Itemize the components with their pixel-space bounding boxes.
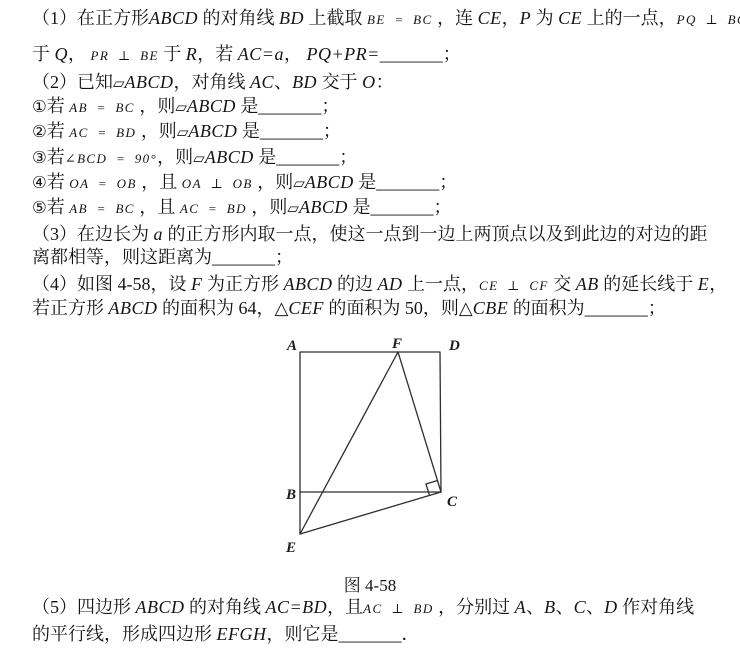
segment-ef — [300, 352, 398, 534]
text-segment: ▱ — [177, 123, 189, 141]
text-segment: 若 — [47, 96, 70, 116]
text-segment: D — [604, 597, 618, 617]
text-segment: 是 — [348, 197, 371, 217]
text-segment: AC = BD — [69, 125, 136, 140]
text-segment: BE = BC — [367, 12, 433, 27]
text-segment: （5）四边形 — [32, 597, 136, 617]
text-segment: PQ ⊥ BC — [677, 12, 740, 27]
text-segment: 的面积为 50，则△ — [324, 298, 473, 318]
text-segment: ▱ — [113, 74, 125, 92]
text-segment: ④ — [32, 173, 47, 192]
problem-line: （5）四边形 ABCD 的对角线 AC=BD，且AC ⊥ BD ，分别过 A、B… — [32, 597, 694, 619]
text-segment: ，连 — [433, 8, 478, 28]
text-segment: ： — [376, 72, 394, 92]
text-segment: ▱ — [293, 174, 305, 192]
text-segment: a — [154, 224, 164, 244]
text-segment: ABCD — [149, 8, 198, 28]
text-segment: ，且 — [137, 172, 182, 192]
text-segment: ， — [284, 44, 307, 64]
text-segment: 离都相等，则这距离为 — [32, 247, 212, 267]
text-segment: ▱ — [175, 98, 187, 116]
text-segment: 若 — [47, 147, 65, 167]
problem-line: 于 Q， PR ⊥ BE 于 R，若 AC=a， PQ+PR=_______； — [32, 44, 461, 66]
vertex-label-c: C — [447, 494, 458, 510]
text-segment: ，若 — [197, 44, 238, 64]
text-segment: ； — [443, 44, 461, 64]
text-segment: P — [520, 8, 532, 28]
text-segment: 的面积为 64，△ — [158, 298, 289, 318]
text-segment: CBE — [473, 298, 509, 318]
segment-fc — [398, 352, 441, 492]
text-segment: ▱ — [193, 149, 205, 167]
vertex-label-f: F — [391, 336, 402, 352]
answer-blank: _______ — [376, 172, 439, 192]
text-segment: ∠BCD = 90° — [65, 151, 157, 166]
text-segment: AB = BC — [69, 100, 135, 115]
text-segment: F — [191, 274, 203, 294]
text-segment: CEF — [288, 298, 324, 318]
right-angle-mark — [426, 481, 438, 496]
text-segment: ③ — [32, 148, 47, 167]
text-segment: ， — [709, 274, 727, 294]
text-segment: ，则 — [253, 172, 294, 192]
text-segment: ▱ — [287, 199, 299, 217]
text-segment: CE — [558, 8, 582, 28]
text-segment: PQ+PR= — [306, 44, 379, 64]
text-segment: ． — [402, 624, 420, 644]
text-segment: 的平行线，形成四边形 — [32, 624, 217, 644]
text-segment: CE — [478, 8, 502, 28]
text-segment: E — [698, 274, 710, 294]
text-segment: 是 — [237, 121, 260, 141]
text-segment: 的正方形内取一点，使这一点到一边上两顶点以及到此边的对边的距 — [163, 224, 708, 244]
answer-blank: _______ — [585, 298, 648, 318]
text-segment: （3）在边长为 — [32, 224, 154, 244]
text-segment: ⑤ — [32, 198, 47, 217]
document-page: （1）在正方形ABCD 的对角线 BD 上截取 BE = BC ，连 CE，P … — [0, 0, 740, 649]
text-segment: ； — [648, 298, 666, 318]
problem-line: 的平行线，形成四边形 EFGH，则它是_______． — [32, 624, 420, 645]
text-segment: 是 — [254, 147, 277, 167]
problem-line: （2）已知▱ABCD，对角线 AC、BD 交于 O： — [32, 72, 394, 94]
text-segment: ① — [32, 97, 47, 116]
figure-caption: 图 4-58 — [0, 571, 740, 596]
text-segment: ，则 — [135, 96, 176, 116]
text-segment: 于 — [32, 44, 55, 64]
text-segment: OA = OB — [69, 176, 137, 191]
text-segment: ； — [433, 197, 451, 217]
problem-line: ①若 AB = BC ，则▱ABCD 是_______； — [32, 96, 339, 118]
text-segment: ABCD — [205, 147, 254, 167]
problem-line: ④若 OA = OB ，且 OA ⊥ OB ，则▱ABCD 是_______； — [32, 172, 457, 194]
text-segment: ，且 — [135, 197, 180, 217]
problem-line: （3）在边长为 a 的正方形内取一点，使这一点到一边上两顶点以及到此边的对边的距 — [32, 224, 708, 245]
text-segment: BD — [292, 72, 317, 92]
text-segment: AC — [250, 72, 274, 92]
vertex-label-b: B — [285, 487, 296, 503]
text-segment: ， — [68, 44, 91, 64]
text-segment: AC=BD — [266, 597, 328, 617]
text-segment: （4）如图 4-58，设 — [32, 274, 191, 294]
text-segment: 若 — [47, 121, 70, 141]
text-segment: 交 — [549, 274, 576, 294]
text-segment: 的延长线于 — [599, 274, 698, 294]
text-segment: AB — [576, 274, 599, 294]
text-segment: ，且 — [327, 597, 363, 617]
text-segment: 为正方形 — [203, 274, 284, 294]
text-segment: OA ⊥ OB — [182, 176, 253, 191]
problem-line: （4）如图 4-58，设 F 为正方形 ABCD 的边 AD 上一点，CE ⊥ … — [32, 274, 727, 296]
text-segment: 于 — [159, 44, 186, 64]
text-segment: Q — [55, 44, 69, 64]
text-segment: （2）已知 — [32, 72, 113, 92]
text-segment: 是 — [354, 172, 377, 192]
text-segment: 、 — [586, 597, 604, 617]
text-segment: ABCD — [299, 197, 348, 217]
text-segment: ，对角线 — [174, 72, 251, 92]
text-segment: ABCD — [187, 96, 236, 116]
problem-line: 若正方形 ABCD 的面积为 64，△CEF 的面积为 50，则△CBE 的面积… — [32, 298, 666, 319]
answer-blank: _______ — [380, 44, 443, 64]
text-segment: 若正方形 — [32, 298, 109, 318]
text-segment: 、 — [556, 597, 574, 617]
text-segment: ，则 — [247, 197, 288, 217]
text-segment: AD — [378, 274, 403, 294]
text-segment: ； — [275, 247, 293, 267]
text-segment: BD — [279, 8, 304, 28]
text-segment: 、 — [274, 72, 292, 92]
text-segment: PR ⊥ BE — [91, 48, 159, 63]
text-segment: 为 — [531, 8, 558, 28]
text-segment: （1）在正方形 — [32, 8, 149, 28]
text-segment: A — [515, 597, 527, 617]
text-segment: AC = BD — [180, 201, 247, 216]
text-segment: 上截取 — [304, 8, 367, 28]
text-segment: ② — [32, 122, 47, 141]
text-segment: CE ⊥ CF — [479, 278, 549, 293]
text-segment: 上的一点， — [582, 8, 677, 28]
text-segment: C — [574, 597, 587, 617]
answer-blank: _______ — [276, 147, 339, 167]
text-segment: 是 — [236, 96, 259, 116]
text-segment: AC ⊥ BD — [363, 601, 433, 616]
text-segment: 的边 — [333, 274, 378, 294]
text-segment: ，则 — [136, 121, 177, 141]
text-segment: ABCD — [125, 72, 174, 92]
text-segment: 交于 — [317, 72, 362, 92]
square-abcd — [300, 352, 441, 492]
answer-blank: _______ — [258, 96, 321, 116]
text-segment: ABCD — [305, 172, 354, 192]
problem-line: （1）在正方形ABCD 的对角线 BD 上截取 BE = BC ，连 CE，P … — [32, 8, 740, 30]
text-segment: 的对角线 — [198, 8, 279, 28]
answer-blank: _______ — [212, 247, 275, 267]
text-segment: AB = BC — [69, 201, 135, 216]
text-segment: AC=a — [238, 44, 284, 64]
text-segment: ； — [439, 172, 457, 192]
text-segment: EFGH — [217, 624, 267, 644]
text-segment: ABCD — [284, 274, 333, 294]
text-segment: 上一点， — [403, 274, 480, 294]
answer-blank: _______ — [339, 624, 402, 644]
vertex-label-a: A — [286, 338, 297, 354]
text-segment: ，分别过 — [434, 597, 515, 617]
text-segment: ，则它是 — [267, 624, 339, 644]
text-segment: B — [544, 597, 556, 617]
text-segment: 、 — [526, 597, 544, 617]
text-segment: 的对角线 — [185, 597, 266, 617]
text-segment: ABCD — [188, 121, 237, 141]
segment-ec — [300, 492, 441, 534]
text-segment: 的面积为 — [508, 298, 585, 318]
problem-line: 离都相等，则这距离为_______； — [32, 247, 293, 268]
text-segment: ； — [339, 147, 357, 167]
answer-blank: _______ — [260, 121, 323, 141]
problem-line: ⑤若 AB = BC ，且 AC = BD ，则▱ABCD 是_______； — [32, 197, 451, 219]
text-segment: ； — [323, 121, 341, 141]
text-segment: O — [362, 72, 376, 92]
text-segment: 若 — [47, 197, 70, 217]
text-segment: ， — [502, 8, 520, 28]
text-segment: ABCD — [109, 298, 158, 318]
text-segment: ，则 — [157, 147, 193, 167]
text-segment: ABCD — [136, 597, 185, 617]
vertex-label-d: D — [448, 338, 460, 354]
problem-line: ③若∠BCD = 90°，则▱ABCD 是_______； — [32, 147, 357, 169]
answer-blank: _______ — [370, 197, 433, 217]
problem-line: ②若 AC = BD ，则▱ABCD 是_______； — [32, 121, 341, 143]
text-segment: 作对角线 — [618, 597, 695, 617]
text-segment: 若 — [47, 172, 70, 192]
text-segment: ； — [321, 96, 339, 116]
text-segment: R — [186, 44, 198, 64]
vertex-label-e: E — [285, 540, 296, 556]
